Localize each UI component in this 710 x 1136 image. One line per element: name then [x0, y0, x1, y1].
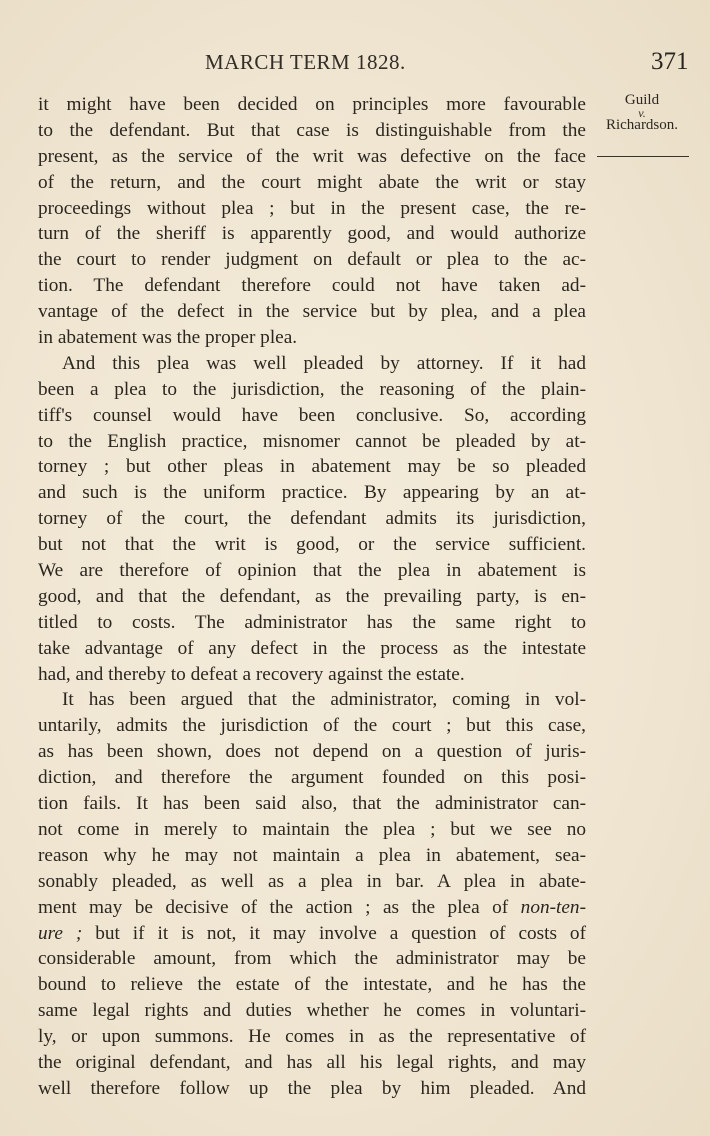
text-line: take advantage of any defect in the proc…	[38, 636, 586, 662]
text-line: the original defendant, and has all his …	[38, 1050, 586, 1076]
case-margin-note: Guild v. Richardson.	[592, 93, 692, 133]
text-line: of the return, and the court might abate…	[38, 170, 586, 196]
text-line: to the English practice, misnomer cannot…	[38, 429, 586, 455]
running-title: MARCH TERM 1828.	[205, 50, 406, 75]
text-line: ly, or upon summons. He comes in as the …	[38, 1024, 586, 1050]
text-line: It has been argued that the administrato…	[38, 687, 586, 713]
text-line: ment may be decisive of the action ; as …	[38, 895, 586, 921]
text-line: well therefore follow up the plea by him…	[38, 1076, 586, 1102]
text-line: been a plea to the jurisdiction, the rea…	[38, 377, 586, 403]
text-line: it might have been decided on principles…	[38, 92, 586, 118]
margin-rule	[597, 156, 689, 157]
text-line: as has been shown, does not depend on a …	[38, 739, 586, 765]
text-line: the court to render judgment on default …	[38, 247, 586, 273]
text-line: good, and that the defendant, as the pre…	[38, 584, 586, 610]
text-line: torney ; but other pleas in abatement ma…	[38, 454, 586, 480]
page-number: 371	[651, 48, 689, 76]
text-line: titled to costs. The administrator has t…	[38, 610, 586, 636]
book-page: MARCH TERM 1828. 371 Guild v. Richardson…	[0, 0, 710, 1136]
text-line: to the defendant. But that case is disti…	[38, 118, 586, 144]
text-line: bound to relieve the estate of the intes…	[38, 972, 586, 998]
text-line: not come in merely to maintain the plea …	[38, 817, 586, 843]
text-line: vantage of the defect in the service but…	[38, 299, 586, 325]
text-line: and such is the uniform practice. By app…	[38, 480, 586, 506]
text-line: untarily, admits the jurisdiction of the…	[38, 713, 586, 739]
text-line: sonably pleaded, as well as a plea in ba…	[38, 869, 586, 895]
text-line: And this plea was well pleaded by attorn…	[38, 351, 586, 377]
text-line: tion fails. It has been said also, that …	[38, 791, 586, 817]
text-line: had, and thereby to defeat a recovery ag…	[38, 662, 586, 688]
text-line: tiff's counsel would have been conclusiv…	[38, 403, 586, 429]
italic-text: ure ;	[38, 923, 82, 944]
text-line: same legal rights and duties whether he …	[38, 998, 586, 1024]
text-line: present, as the service of the writ was …	[38, 144, 586, 170]
text-line: in abatement was the proper plea.	[38, 325, 586, 351]
text-line: ure ; but if it is not, it may involve a…	[38, 921, 586, 947]
running-head: MARCH TERM 1828. 371	[0, 50, 710, 80]
text-line: diction, and therefore the argument foun…	[38, 765, 586, 791]
text-line: turn of the sheriff is apparently good, …	[38, 221, 586, 247]
text-line: considerable amount, from which the admi…	[38, 946, 586, 972]
text-line: tion. The defendant therefore could not …	[38, 273, 586, 299]
body-text: it might have been decided on principles…	[38, 92, 586, 1102]
text-line: reason why he may not maintain a plea in…	[38, 843, 586, 869]
text-line: torney of the court, the defendant admit…	[38, 506, 586, 532]
text-line: We are therefore of opinion that the ple…	[38, 558, 586, 584]
text-line: proceedings without plea ; but in the pr…	[38, 196, 586, 222]
text-line: but not that the writ is good, or the se…	[38, 532, 586, 558]
party-two: Richardson.	[592, 118, 692, 133]
italic-text: non-ten-	[521, 897, 586, 918]
